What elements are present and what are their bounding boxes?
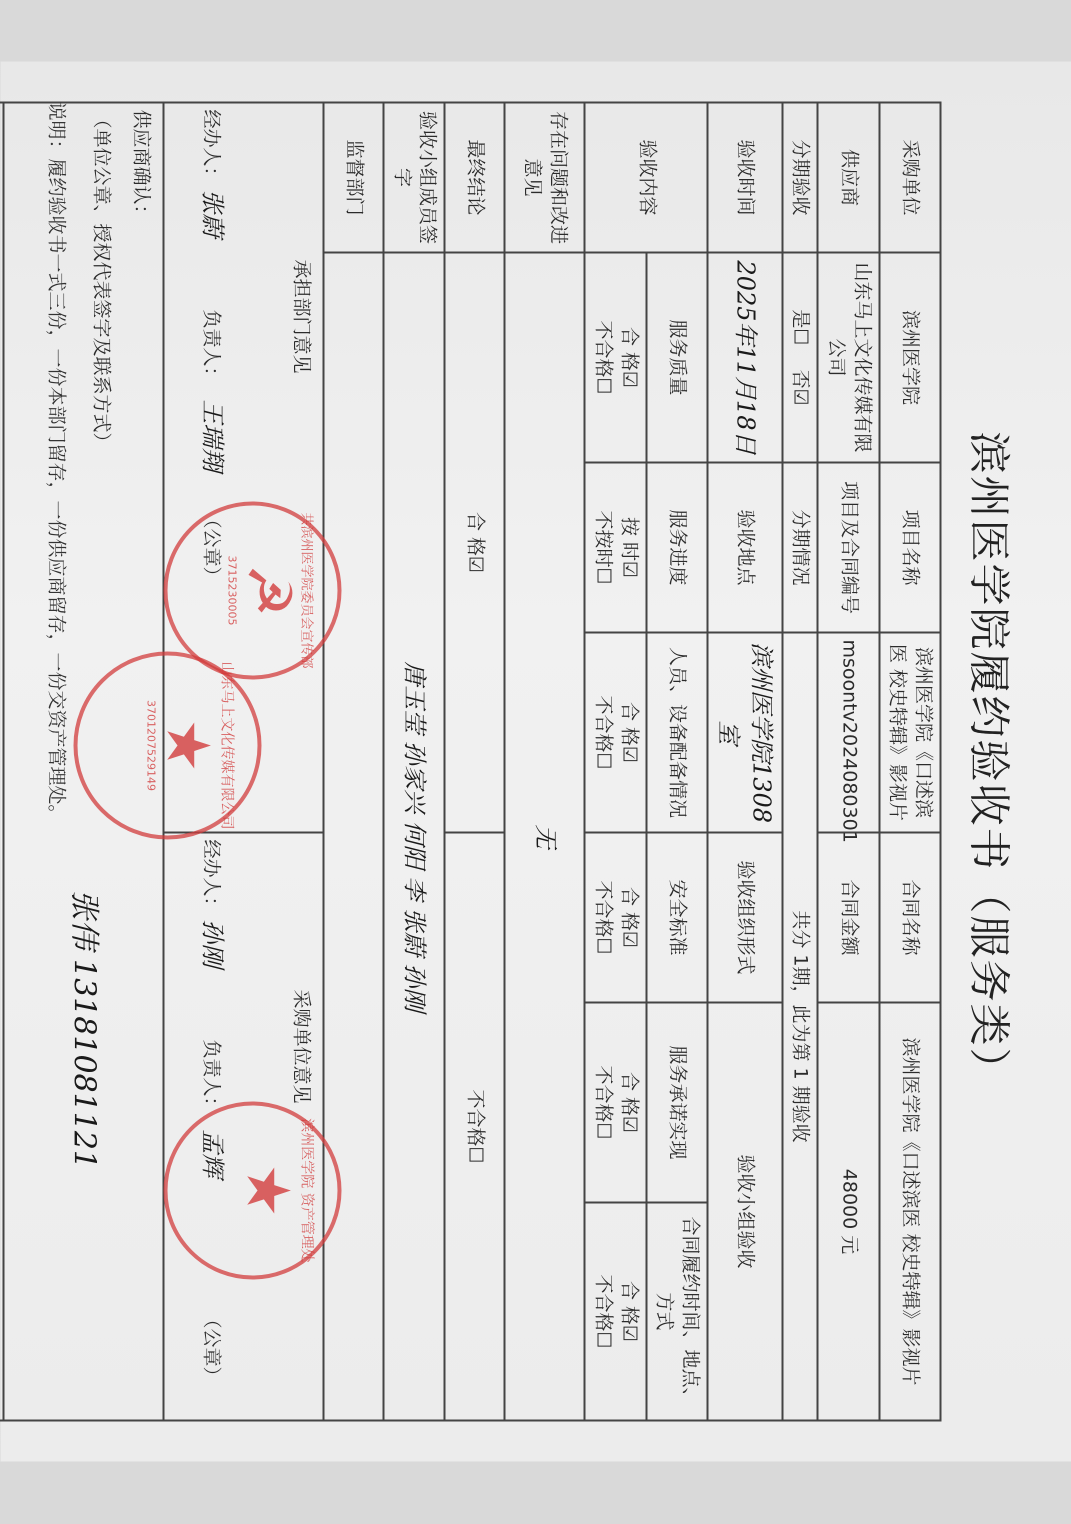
remarks-cell: 备注： <box>0 103 4 1421</box>
purchaser-stamp-label: （公章） <box>198 1310 224 1386</box>
purchaser-handler-signature: 孙刚 <box>196 920 228 968</box>
content-label: 验收内容 <box>585 103 708 253</box>
form-label: 验收组织形式 <box>708 833 783 1003</box>
conclusion-fail[interactable]: 不合格☐ <box>445 833 505 1421</box>
fail-checkbox[interactable]: 不按时☐ <box>593 510 615 584</box>
acceptance-document: 滨州医学院履约验收书（服务类） 采购单位 滨州医学院 项目名称 滨州医学院《口述… <box>1 62 1071 1462</box>
dept-leader-label: 负责人： <box>198 310 224 386</box>
content-result-row: 合 格☑不合格☐ 按 时☑不按时☐ 合 格☑不合格☐ 合 格☑不合格☐ 合 格☑… <box>585 103 646 1421</box>
issues-value: 无 <box>505 253 585 1421</box>
purchaser-opinion-title: 采购单位意见 <box>288 990 314 1104</box>
pass-checkbox[interactable]: 合 格☑ <box>618 1281 640 1342</box>
dept-handler-label: 经办人： <box>198 110 224 186</box>
pass-checkbox[interactable]: 合 格☑ <box>618 887 640 948</box>
phase-info-value: 共分 1期，此为第 1 期验收 <box>782 633 818 1421</box>
contract-no-label: 项目及合同编号 <box>818 463 879 633</box>
dept-handler-signature: 张蔚 <box>196 190 228 238</box>
pass-checkbox[interactable]: 按 时☑ <box>618 517 640 578</box>
project-value: 滨州医学院《口述滨医 校史特辑》影视片 <box>879 633 940 833</box>
dept-stamp-code: 3715230005 <box>226 506 239 676</box>
content-item-name: 人员、设备配备情况 <box>646 633 707 833</box>
supplier-confirm-title: 供应商确认： <box>128 110 154 224</box>
supplier-stamp-code: 3701207529149 <box>145 656 158 836</box>
pass-checkbox[interactable]: 合 格☑ <box>618 702 640 763</box>
supervisor-label: 监督部门 <box>324 103 384 253</box>
purchaser-stamp: 滨州医学院 资产管理处 ★ <box>164 1102 342 1280</box>
phase-label: 分期验收 <box>782 103 818 253</box>
star-icon: ★ <box>158 656 218 836</box>
dept-party-stamp: 共滨州医学院委员会宣传部 ☭ 3715230005 <box>164 502 342 680</box>
content-result: 合 格☑不合格☐ <box>585 253 646 463</box>
contract-value: 滨州医学院《口述滨医 校史特辑》影视片 <box>879 1003 940 1421</box>
project-label: 项目名称 <box>879 463 940 633</box>
form-value: 验收小组验收 <box>708 1003 783 1421</box>
fail-checkbox[interactable]: 不合格☐ <box>593 320 615 394</box>
content-item-name: 服务质量 <box>646 253 707 463</box>
content-result: 合 格☑不合格☐ <box>585 1003 646 1203</box>
star-icon: ★ <box>238 1106 298 1276</box>
issues-row: 存在问题和改进意见 无 <box>505 103 585 1421</box>
amount-value: 48000 元 <box>818 1003 879 1421</box>
remarks-row: 备注： <box>0 103 4 1421</box>
supervisor-value <box>324 253 384 1421</box>
fail-checkbox[interactable]: 不合格☐ <box>593 1274 615 1348</box>
phase-info-label: 分期情况 <box>782 463 818 633</box>
fail-checkbox[interactable]: 不合格☐ <box>593 695 615 769</box>
pass-checkbox[interactable]: 合 格☑ <box>618 327 640 388</box>
fail-checkbox[interactable]: 不合格☐ <box>593 880 615 954</box>
phase-options: 是☐ 否☑ <box>782 253 818 463</box>
content-result: 合 格☑不合格☐ <box>585 633 646 833</box>
time-label: 验收时间 <box>708 103 783 253</box>
purchaser-handler-label: 经办人： <box>198 840 224 916</box>
footnote: 说明：履约验收书一式三份，一份本部门留存，一份供应商留存，一份交资产管理处。 <box>45 102 72 824</box>
conclusion-pass[interactable]: 合 格☑ <box>445 253 505 833</box>
purchaser-row: 采购单位 滨州医学院 项目名称 滨州医学院《口述滨医 校史特辑》影视片 合同名称… <box>879 103 940 1421</box>
hammer-sickle-icon: ☭ <box>239 506 299 676</box>
conclusion-row: 最终结论 合 格☑ 不合格☐ <box>445 103 505 1421</box>
place-label: 验收地点 <box>708 463 783 633</box>
phase-no-checkbox[interactable]: 否☑ <box>790 370 812 406</box>
content-result: 合 格☑不合格☐ <box>585 833 646 1003</box>
contract-no-value: msoontv2024080301 <box>818 633 879 833</box>
contract-label: 合同名称 <box>879 833 940 1003</box>
supplier-signature: 张伟 13181081121 <box>63 890 104 1170</box>
purchaser-label: 采购单位 <box>879 103 940 253</box>
pass-checkbox[interactable]: 合 格☑ <box>618 1072 640 1133</box>
place-value: 滨州医学院1308室 <box>708 633 783 833</box>
conclusion-label: 最终结论 <box>445 103 505 253</box>
members-row: 验收小组成员签字 唐玉莹 孙家兴 何阳 李 张蔚 孙刚 <box>384 103 445 1421</box>
supplier-confirm-hint: （单位公章、授权代表签字及联系方式） <box>88 110 114 452</box>
supplier-row: 供应商 山东马上文化传媒有限公司 项目及合同编号 msoontv20240803… <box>818 103 879 1421</box>
content-item-name: 合同履约时间、地点、方式 <box>646 1203 707 1421</box>
content-result: 合 格☑不合格☐ <box>585 1203 646 1421</box>
supplier-stamp: 山东马上文化传媒有限公司 ★ 3701207529149 <box>74 652 262 840</box>
supplier-label: 供应商 <box>818 103 879 253</box>
content-item-name: 服务进度 <box>646 463 707 633</box>
members-signatures: 唐玉莹 孙家兴 何阳 李 张蔚 孙刚 <box>384 253 445 1421</box>
content-header-row: 验收内容 服务质量 服务进度 人员、设备配备情况 安全标准 服务承诺实现 合同履… <box>646 103 707 1421</box>
time-row: 验收时间 2025年11月18日 验收地点 滨州医学院1308室 验收组织形式 … <box>708 103 783 1421</box>
dept-opinion-title: 承担部门意见 <box>288 260 314 374</box>
phase-row: 分期验收 是☐ 否☑ 分期情况 共分 1期，此为第 1 期验收 <box>782 103 818 1421</box>
dept-leader-signature: 王瑞翔 <box>196 400 228 472</box>
supplier-value: 山东马上文化传媒有限公司 <box>818 253 879 463</box>
purchaser-leader-label: 负责人： <box>198 1040 224 1116</box>
fail-checkbox[interactable]: 不合格☐ <box>593 1065 615 1139</box>
purchaser-value: 滨州医学院 <box>879 253 940 463</box>
content-item-name: 服务承诺实现 <box>646 1003 707 1203</box>
members-label: 验收小组成员签字 <box>384 103 445 253</box>
issues-label: 存在问题和改进意见 <box>505 103 585 253</box>
phase-yes-checkbox[interactable]: 是☐ <box>790 309 812 345</box>
document-title: 滨州医学院履约验收书（服务类） <box>962 62 1022 1462</box>
content-result: 按 时☑不按时☐ <box>585 463 646 633</box>
content-item-name: 安全标准 <box>646 833 707 1003</box>
amount-label: 合同金额 <box>818 833 879 1003</box>
time-value: 2025年11月18日 <box>708 253 783 463</box>
